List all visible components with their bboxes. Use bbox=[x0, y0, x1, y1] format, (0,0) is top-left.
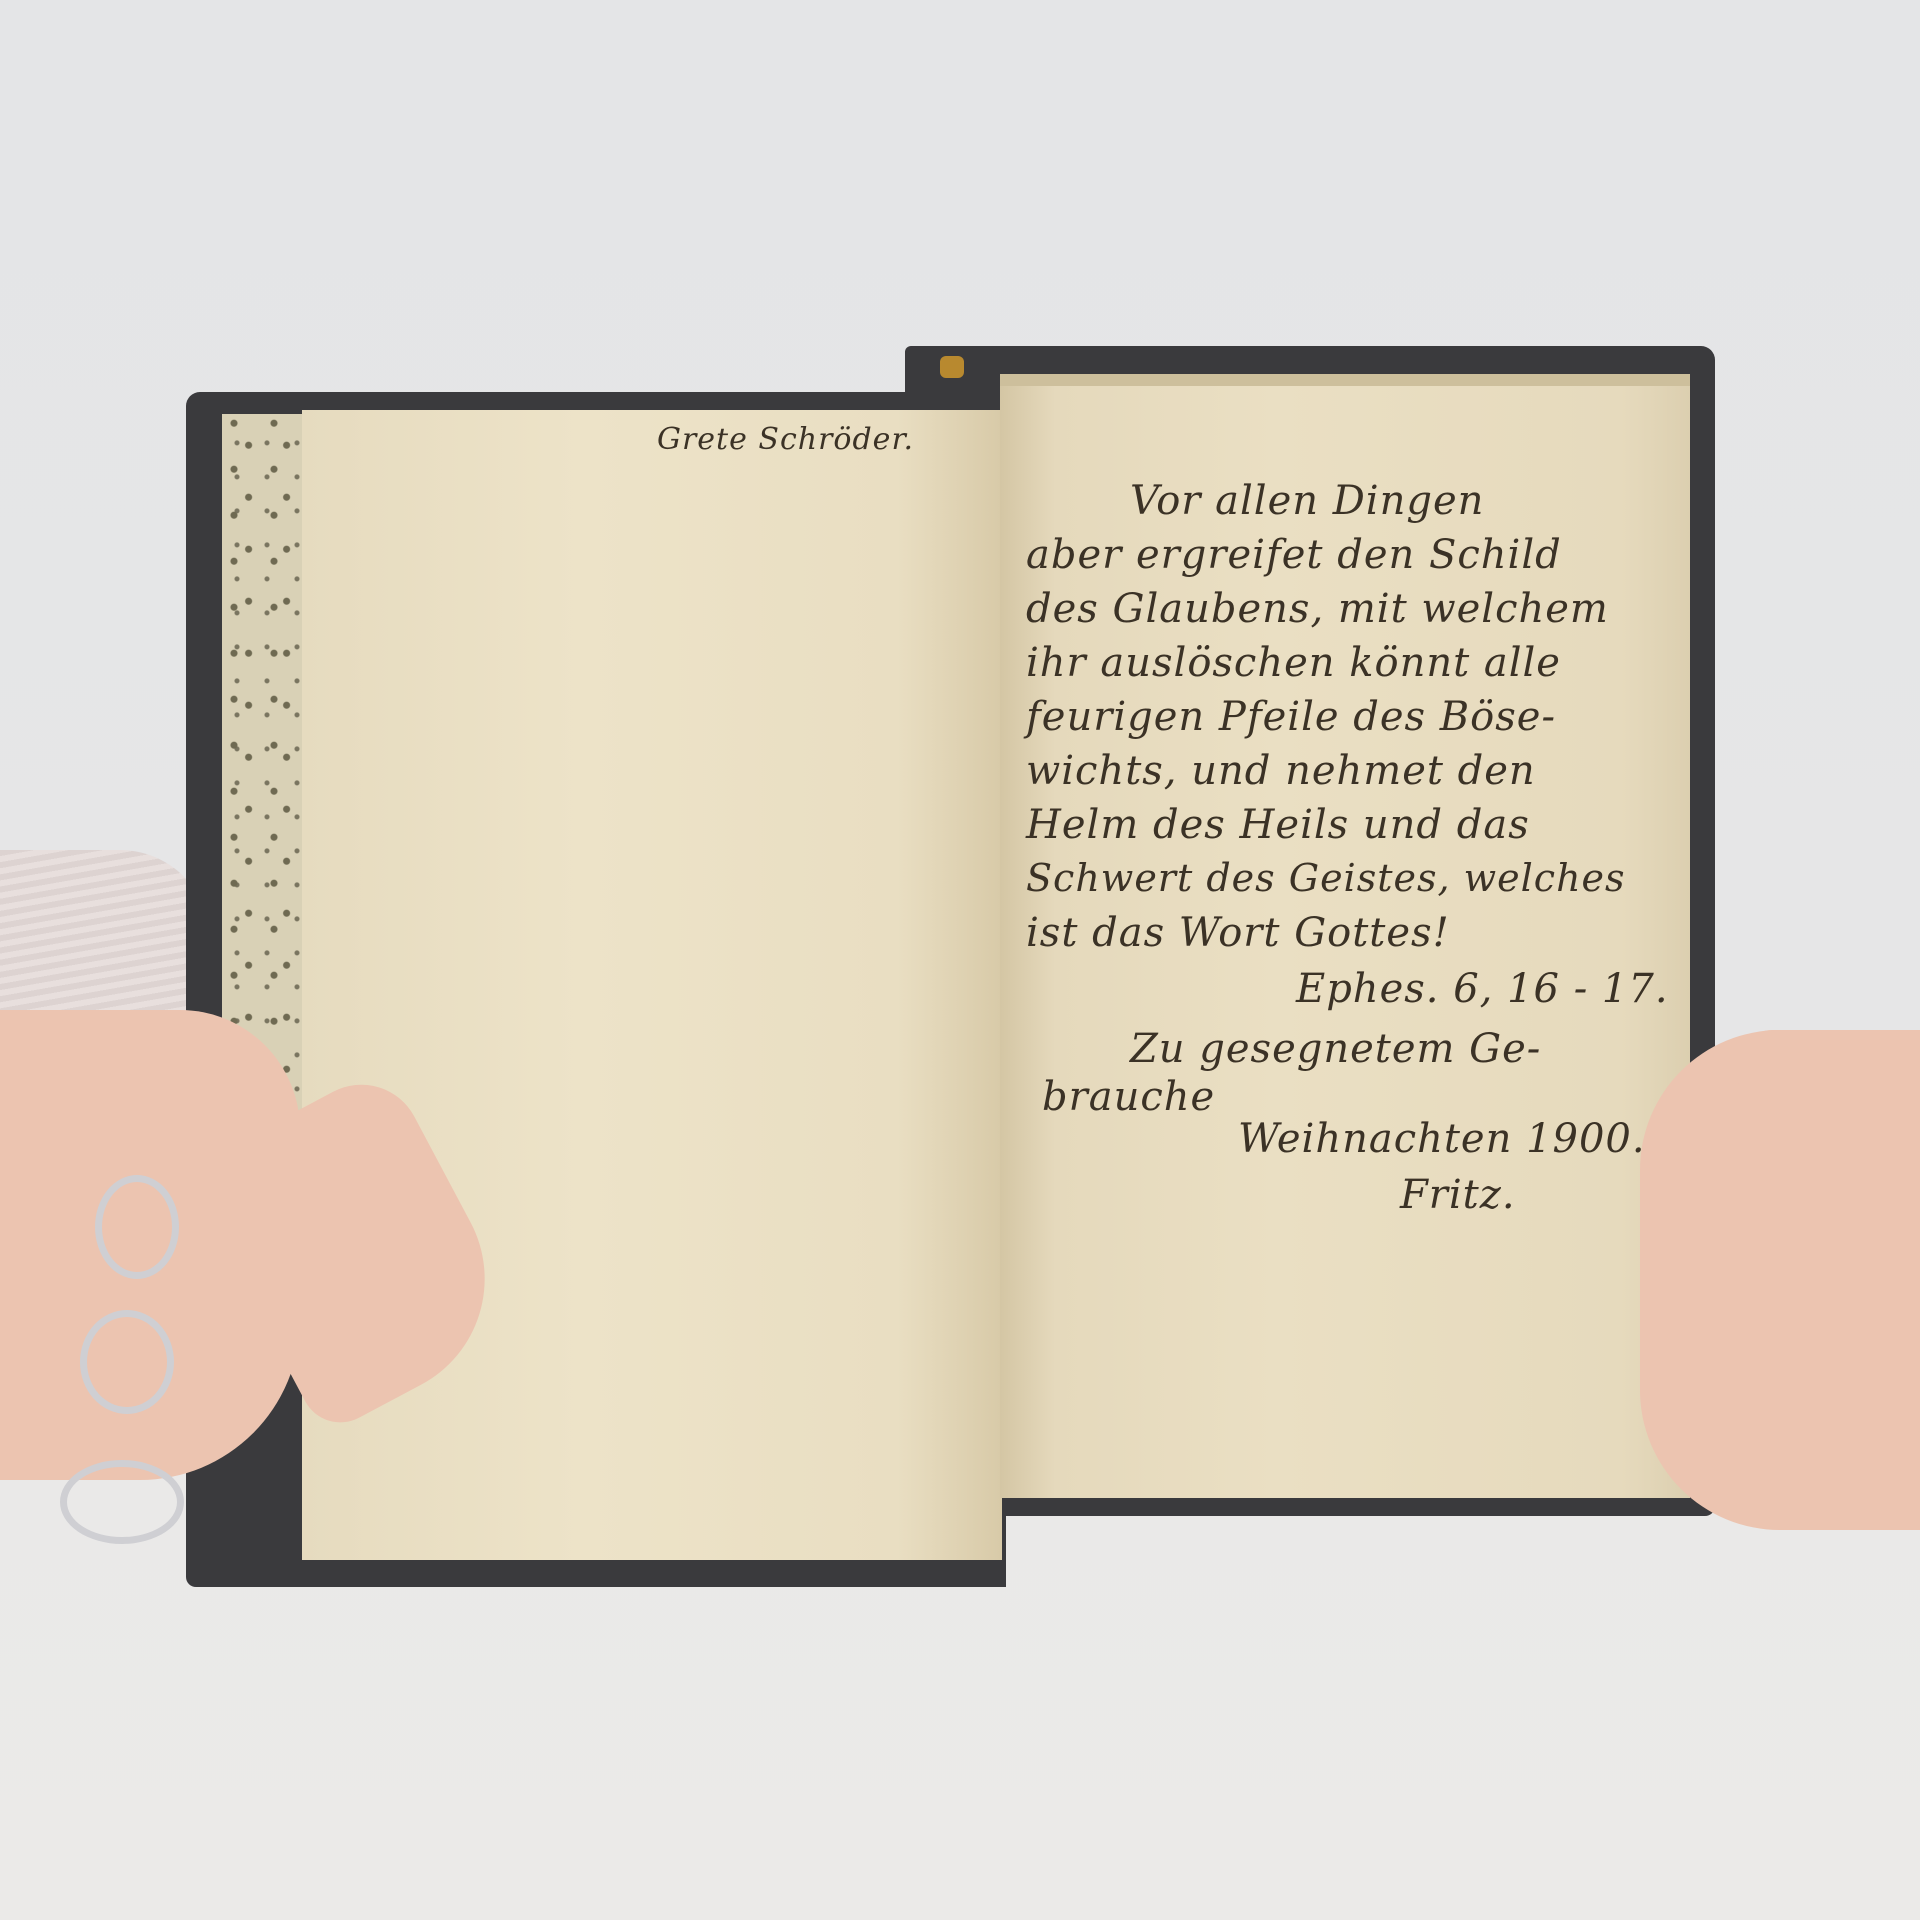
dedication-line-2: brauche bbox=[1042, 1074, 1215, 1120]
verse-line-1: Vor allen Dingen bbox=[1130, 478, 1484, 524]
bible-reference: Ephes. 6, 16 - 17. bbox=[1296, 966, 1669, 1012]
verse-line-5: feurigen Pfeile des Böse- bbox=[1026, 694, 1556, 740]
verse-line-9: ist das Wort Gottes! bbox=[1026, 910, 1450, 956]
right-thumb bbox=[1735, 1030, 1855, 1105]
infinity-ring bbox=[95, 1175, 179, 1279]
right-hand bbox=[1640, 1030, 1920, 1530]
band-ring bbox=[60, 1460, 184, 1544]
verse-line-7: Helm des Heils und das bbox=[1026, 802, 1530, 848]
verse-line-3: des Glaubens, mit welchem bbox=[1026, 586, 1609, 632]
signature: Fritz. bbox=[1400, 1172, 1516, 1218]
owner-inscription: Grete Schröder. bbox=[657, 422, 914, 457]
dedication-line-1: Zu gesegnetem Ge- bbox=[1130, 1026, 1541, 1072]
verse-line-8: Schwert des Geistes, welches bbox=[1026, 856, 1626, 900]
verse-line-6: wichts, und nehmet den bbox=[1026, 748, 1536, 794]
right-page: Vor allen Dingen aber ergreifet den Schi… bbox=[1000, 386, 1690, 1498]
book-spine-headband bbox=[940, 356, 964, 378]
floral-endpaper bbox=[222, 414, 306, 1114]
dedication-date: Weihnachten 1900. bbox=[1238, 1116, 1646, 1162]
verse-line-2: aber ergreifet den Schild bbox=[1026, 532, 1562, 578]
twist-ring bbox=[80, 1310, 174, 1414]
verse-line-4: ihr auslöschen könnt alle bbox=[1026, 640, 1561, 686]
